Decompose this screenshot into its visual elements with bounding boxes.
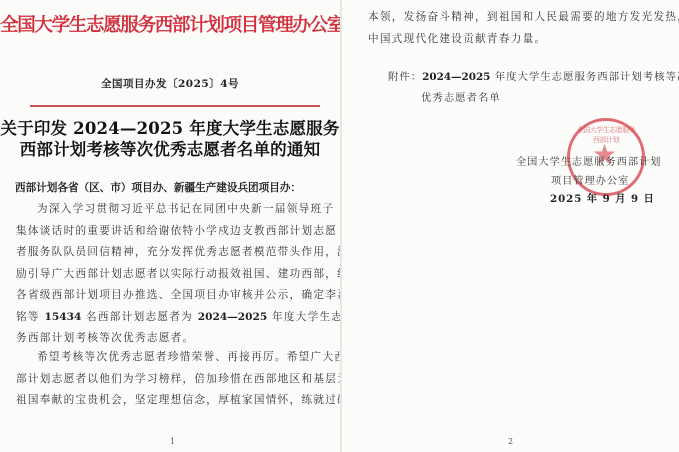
text-span: 年度大学生志愿服 bbox=[267, 311, 340, 323]
body-line: 者服务队队员回信精神，充分发挥优秀志愿者模范带头作用，激 bbox=[16, 242, 328, 264]
red-divider-line bbox=[30, 105, 320, 107]
volunteer-count: 15434 bbox=[44, 311, 81, 323]
body-line: 励引导广大西部计划志愿者以实际行动报效祖国、建功西部，经 bbox=[16, 264, 328, 286]
page-number-1: 1 bbox=[170, 437, 175, 446]
addressee: 西部计划各省（区、市）项目办、新疆生产建设兵团项目办： bbox=[15, 180, 301, 195]
body-line: 希望考核等次优秀志愿者珍惜荣誉、再接再厉。希望广大西 bbox=[16, 347, 328, 369]
body-paragraph-2: 希望考核等次优秀志愿者珍惜荣誉、再接再厉。希望广大西 部计划志愿者以他们为学习榜… bbox=[16, 347, 328, 412]
body-line: 集体谈话时的重要讲话和给谢依特小学戍边支教西部计划志愿 bbox=[16, 221, 328, 243]
signature-office-line-2: 项目管理办公室 bbox=[551, 172, 629, 187]
body-line: 祖国奉献的宝贵机会，坚定理想信念，厚植家国情怀，练就过硬 bbox=[16, 390, 328, 412]
text-span: 铭等 bbox=[16, 311, 44, 323]
attachment-line-2: 优秀志愿者名单 bbox=[388, 88, 679, 109]
attachment-label: 附件： bbox=[388, 71, 422, 83]
page-number-2: 2 bbox=[508, 437, 513, 446]
year-range: 2024—2025 bbox=[198, 311, 268, 323]
body-paragraph-1: 为深入学习贯彻习近平总书记在同团中央新一届领导班子 集体谈话时的重要讲话和给谢依… bbox=[16, 199, 328, 350]
attachment-title-part: 年度大学生志愿服务西部计划考核等次 bbox=[490, 71, 679, 83]
body-line: 铭等 15434 名西部计划志愿者为 2024—2025 年度大学生志愿服 bbox=[16, 307, 328, 329]
body-line: 各省级西部计划项目办推选、全国项目办审核并公示，确定李嘉 bbox=[16, 285, 328, 307]
document-number: 全国项目办发〔2025〕4号 bbox=[0, 76, 340, 91]
body-line: 为深入学习贯彻习近平总书记在同团中央新一届领导班子 bbox=[16, 199, 328, 221]
signature-date: 2025 年 9 月 9 日 bbox=[550, 190, 655, 205]
issuing-office-header: 全国大学生志愿服务西部计划项目管理办公室 bbox=[0, 11, 340, 37]
document-page-1: 全国大学生志愿服务西部计划项目管理办公室 全国项目办发〔2025〕4号 关于印发… bbox=[0, 0, 340, 452]
page2-body-paragraph: 本领，发扬奋斗精神，到祖国和人民最需要的地方发光发热，为 中国式现代化建设贡献青… bbox=[368, 7, 668, 50]
attachment-note: 附件：2024—2025 年度大学生志愿服务西部计划考核等次 优秀志愿者名单 bbox=[388, 67, 679, 109]
attachment-line-1: 附件：2024—2025 年度大学生志愿服务西部计划考核等次 bbox=[388, 67, 679, 88]
body-line: 中国式现代化建设贡献青春力量。 bbox=[368, 29, 668, 51]
signature-office-line-1: 全国大学生志愿服务西部计划 bbox=[516, 153, 661, 168]
attachment-years: 2024—2025 bbox=[422, 71, 490, 83]
notice-title-line-1: 关于印发 2024—2025 年度大学生志愿服务 bbox=[0, 118, 340, 139]
text-span: 名西部计划志愿者为 bbox=[81, 311, 197, 323]
body-line: 本领，发扬奋斗精神，到祖国和人民最需要的地方发光发热，为 bbox=[368, 7, 668, 29]
body-line: 部计划志愿者以他们为学习榜样，倍加珍惜在西部地区和基层为 bbox=[16, 369, 328, 391]
notice-title-line-2: 西部计划考核等次优秀志愿者名单的通知 bbox=[0, 139, 340, 160]
notice-title: 关于印发 2024—2025 年度大学生志愿服务 西部计划考核等次优秀志愿者名单… bbox=[0, 118, 340, 160]
